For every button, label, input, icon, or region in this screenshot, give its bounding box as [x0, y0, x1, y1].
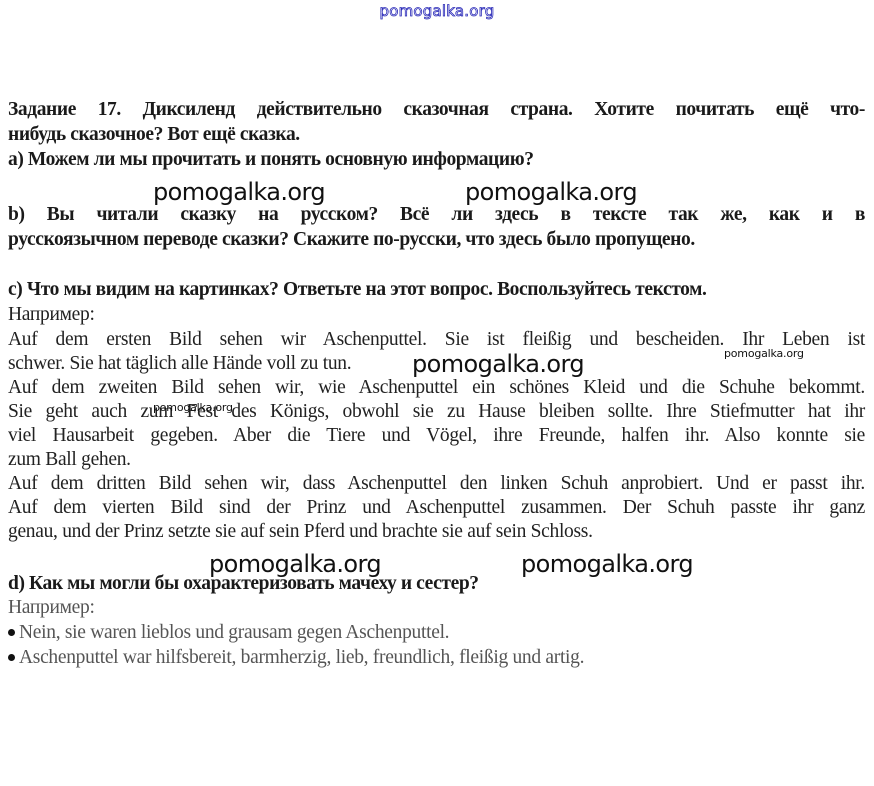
- watermark: pomogalka.org: [724, 347, 804, 360]
- site-watermark-top: pomogalka.org: [0, 2, 874, 20]
- question-b-line-2: русскоязычном переводе сказки? Скажите п…: [8, 228, 865, 252]
- question-b-line-1: b) Вы читали сказку на русском? Всё ли з…: [8, 203, 865, 227]
- answer-c-line: zum Ball gehen.: [8, 448, 865, 472]
- answer-d-text: Aschenputtel war hilfsbereit, barmherzig…: [19, 647, 584, 668]
- bullet-icon: [8, 629, 15, 636]
- task-title-line-1: Задание 17. Диксиленд действительно сказ…: [8, 98, 865, 122]
- watermark: pomogalka.org: [153, 401, 233, 414]
- watermark: pomogalka.org: [153, 178, 325, 206]
- question-a: a) Можем ли мы прочитать и понять основн…: [8, 148, 865, 172]
- task-title-line-2: нибудь сказочное? Вот ещё сказка.: [8, 123, 865, 147]
- answer-c-line: viel Hausarbeit gegeben. Aber die Tiere …: [8, 424, 865, 448]
- question-d: d) Как мы могли бы охарактеризовать маче…: [8, 572, 865, 596]
- watermark: pomogalka.org: [209, 550, 381, 578]
- watermark: pomogalka.org: [412, 350, 584, 378]
- answer-d-text: Nein, sie waren lieblos und grausam gege…: [19, 622, 449, 643]
- answer-c-line: Auf dem dritten Bild sehen wir, dass Asc…: [8, 472, 865, 496]
- watermark: pomogalka.org: [465, 178, 637, 206]
- example-label-d: Например:: [8, 596, 865, 620]
- bullet-icon: [8, 654, 15, 661]
- answer-c-line: genau, und der Prinz setzte sie auf sein…: [8, 520, 865, 544]
- answer-c-line: Sie geht auch zum Fest des Königs, obwoh…: [8, 400, 865, 424]
- answer-d-item: Nein, sie waren lieblos und grausam gege…: [8, 621, 865, 645]
- example-label-c: Например:: [8, 303, 865, 327]
- answer-c-line: Auf dem vierten Bild sind der Prinz und …: [8, 496, 865, 520]
- answer-c-line: Auf dem zweiten Bild sehen wir, wie Asch…: [8, 376, 865, 400]
- answer-d-item: Aschenputtel war hilfsbereit, barmherzig…: [8, 646, 865, 670]
- watermark: pomogalka.org: [521, 550, 693, 578]
- question-c: c) Что мы видим на картинках? Ответьте н…: [8, 278, 865, 302]
